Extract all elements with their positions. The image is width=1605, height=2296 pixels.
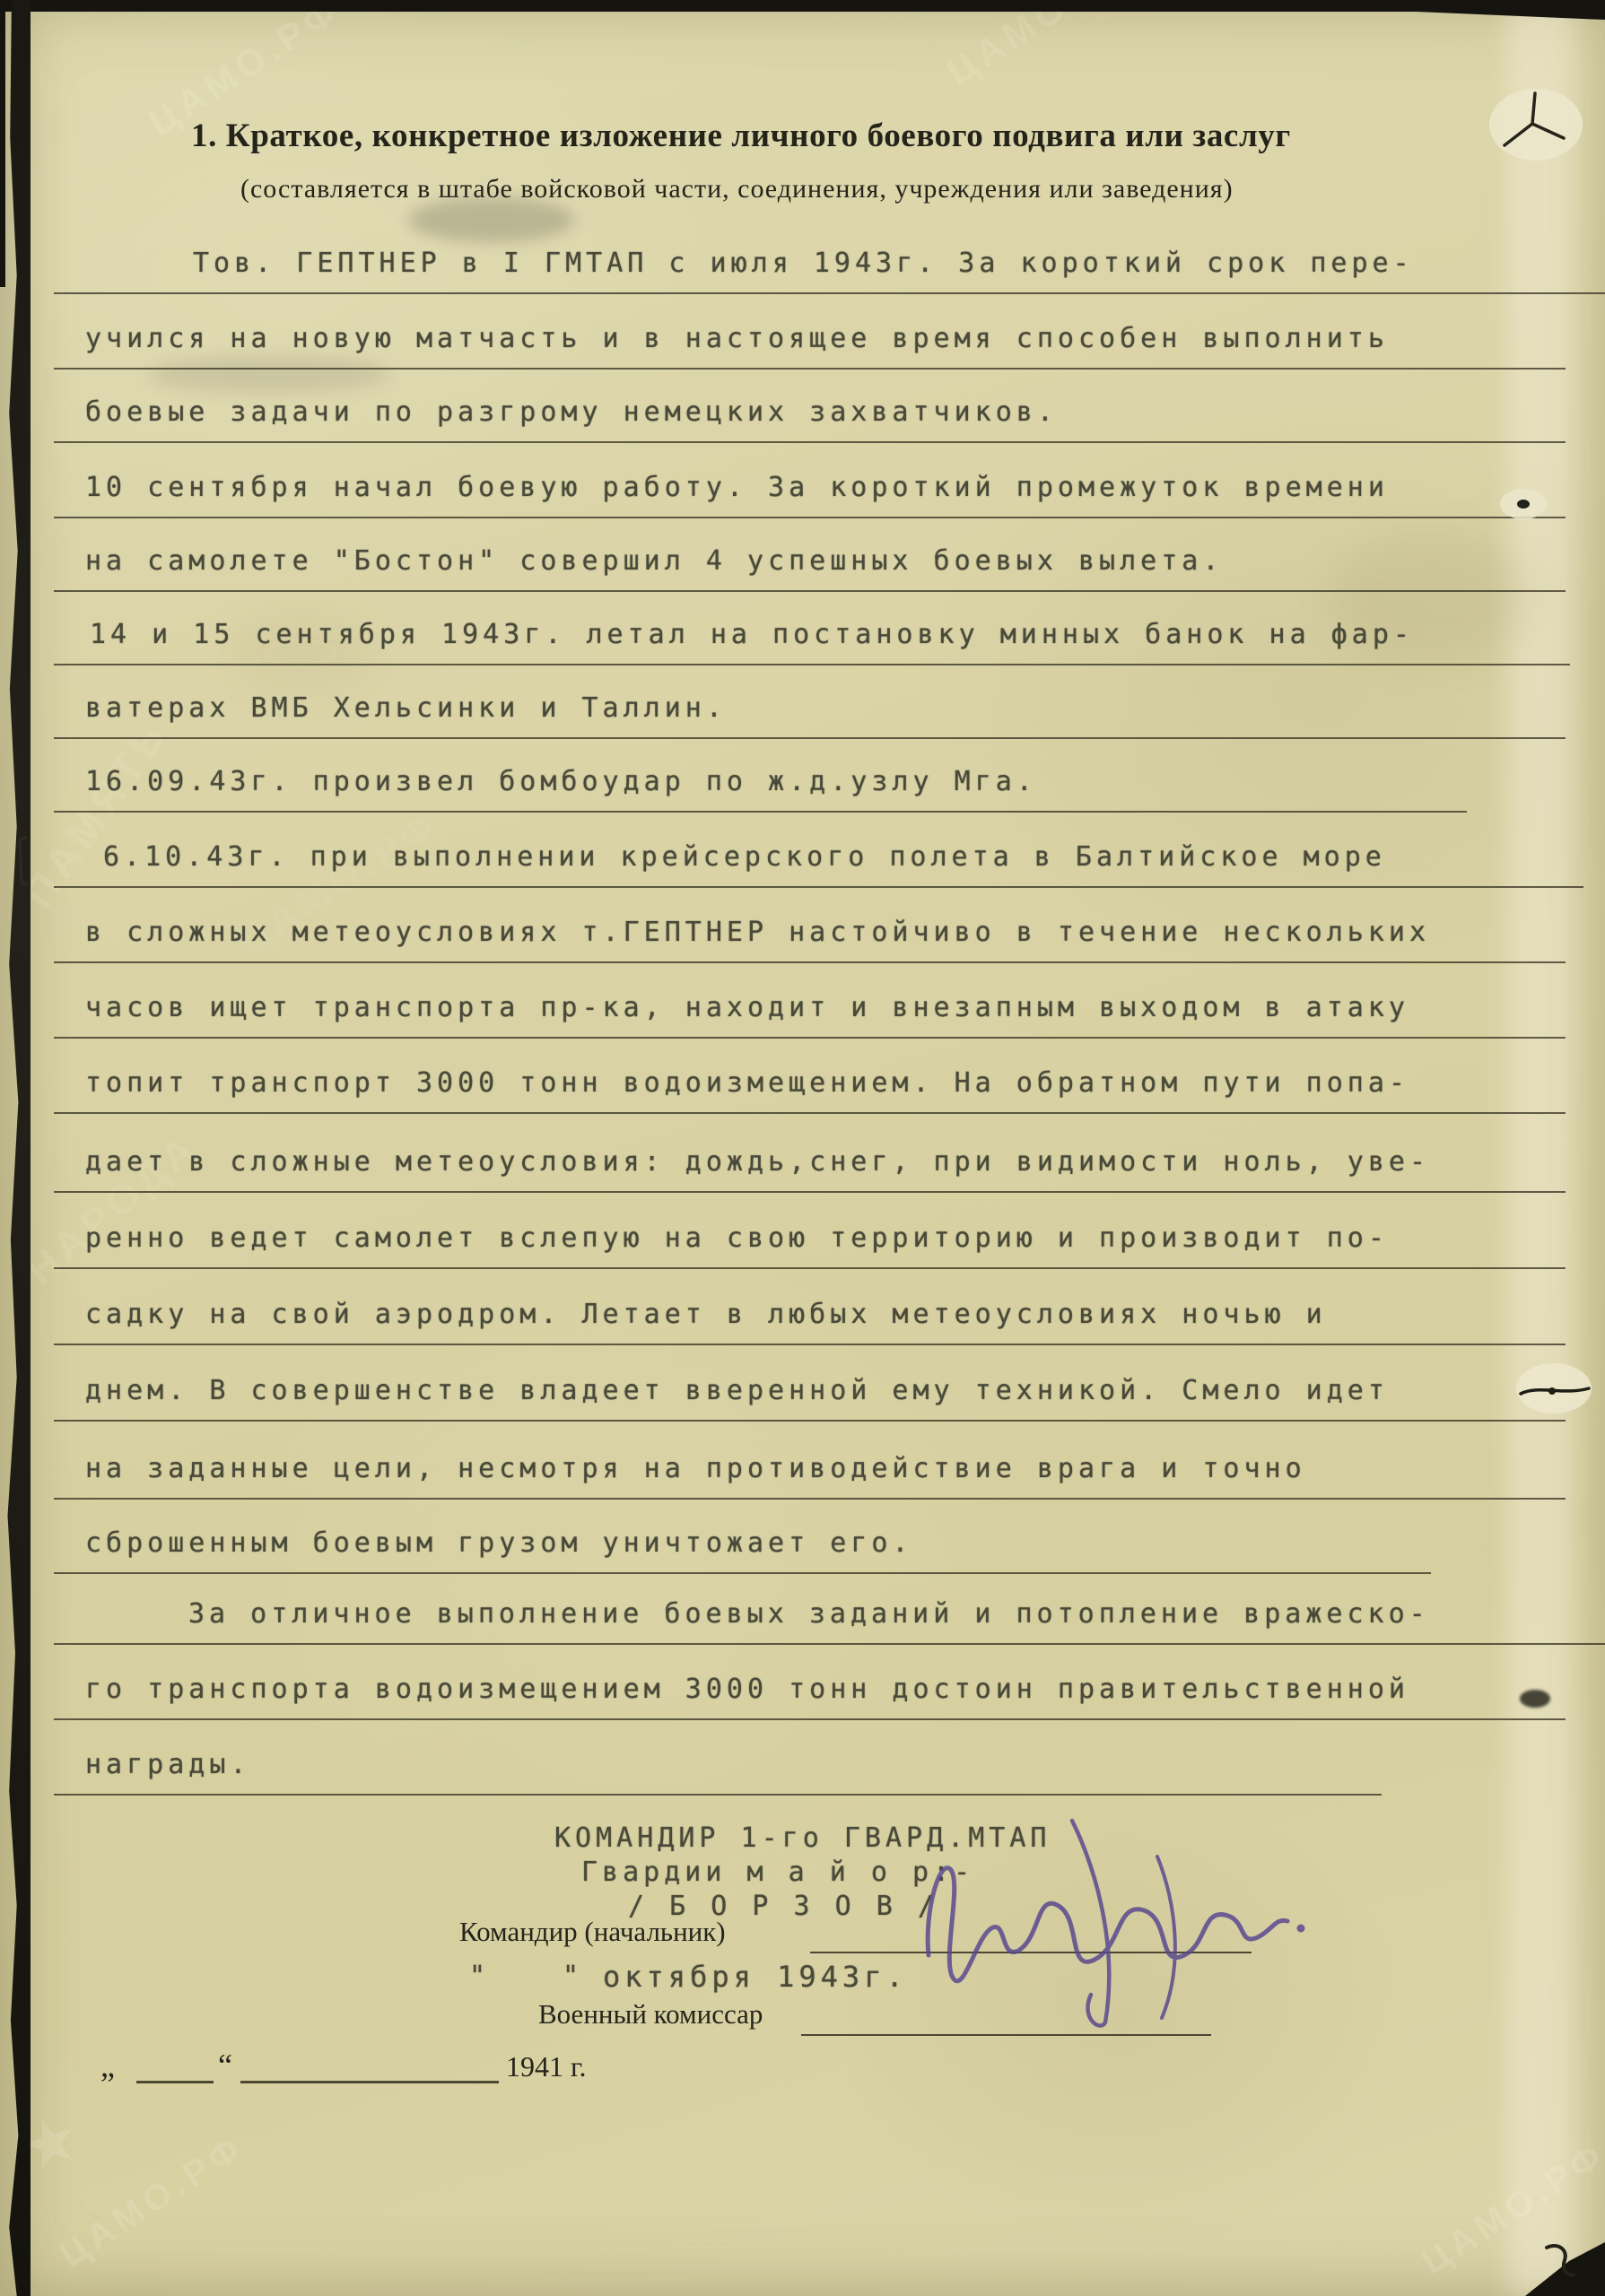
typed-line: дает в сложные метеоусловия: дождь,снег,… <box>54 1144 1566 1193</box>
typed-line: боевые задачи по разгрому немецких захва… <box>54 395 1566 443</box>
typed-line: на самолете "Бостон" совершил 4 успешных… <box>54 544 1566 592</box>
date-text: октября 1943г. <box>603 1961 908 1993</box>
form-section-subtitle: (составляется в штабе войсковой части, с… <box>240 174 1234 204</box>
typed-line: садку на свой аэродром. Летает в любых м… <box>54 1297 1566 1345</box>
typed-line: награды. <box>54 1747 1382 1796</box>
typed-line: сброшенным боевым грузом уничтожает его. <box>54 1526 1431 1574</box>
edge-mark <box>16 834 31 888</box>
typed-line: ренно ведет самолет вслепую на свою терр… <box>54 1221 1566 1269</box>
typed-line: 6.10.43г. при выполнении крейсерского по… <box>54 839 1583 888</box>
footer-quote-open: „ <box>100 2047 115 2084</box>
typed-line: днем. В совершенстве владеет вверенной е… <box>54 1373 1566 1422</box>
typed-line: Тов. ГЕПТНЕР в I ГМТАП с июля 1943г. За … <box>54 246 1605 294</box>
handwritten-signature <box>888 1803 1319 2036</box>
scanned-document: ЦАМО.РФ ЦАМО.РФ ПАМЯТЬ НАРОДА ЦАМО.РФ ★ … <box>0 0 1605 2296</box>
footer-rule-long <box>240 2081 499 2083</box>
typed-line: часов ищет транспорта пр-ка, находит и в… <box>54 990 1566 1039</box>
typed-line: на заданные цели, несмотря на противодей… <box>54 1451 1566 1500</box>
typed-line: учился на новую матчасть и в настоящее в… <box>54 321 1566 370</box>
paper-tear <box>1485 83 1588 168</box>
typed-line: ватерах ВМБ Хельсинки и Таллин. <box>54 691 1566 739</box>
scan-border-left <box>0 0 5 287</box>
footer-rule-short <box>136 2081 214 2083</box>
date-quote-open: " <box>469 1961 490 1993</box>
typed-line: го транспорта водоизмещением 3000 тонн д… <box>54 1672 1566 1720</box>
commander-label: Командир (начальник) <box>459 1916 726 1948</box>
date-quote-close: " <box>563 1961 583 1993</box>
typed-line: 16.09.43г. произвел бомбоудар по ж.д.узл… <box>54 764 1467 813</box>
form-section-title: 1. Краткое, конкретное изложение личного… <box>191 117 1291 155</box>
paper-tear <box>1512 1356 1597 1421</box>
paper-hole <box>1496 484 1550 525</box>
commissar-label: Военный комиссар <box>538 1998 763 2031</box>
ink-smudge <box>408 197 574 242</box>
typed-line: 14 и 15 сентября 1943г. летал на постано… <box>54 617 1570 665</box>
footer-quote-close: “ <box>218 2047 232 2084</box>
edge-mark <box>1541 2240 1577 2280</box>
ink-blot <box>1520 1690 1550 1708</box>
typed-line: За отличное выполнение боевых заданий и … <box>54 1596 1605 1645</box>
typed-line: 10 сентября начал боевую работу. За коро… <box>54 470 1566 518</box>
typed-line: в сложных метеоусловиях т.ГЕПТНЕР настой… <box>54 915 1566 963</box>
typed-line: топит транспорт 3000 тонн водоизмещением… <box>54 1065 1566 1114</box>
footer-year: 1941 г. <box>506 2050 587 2083</box>
